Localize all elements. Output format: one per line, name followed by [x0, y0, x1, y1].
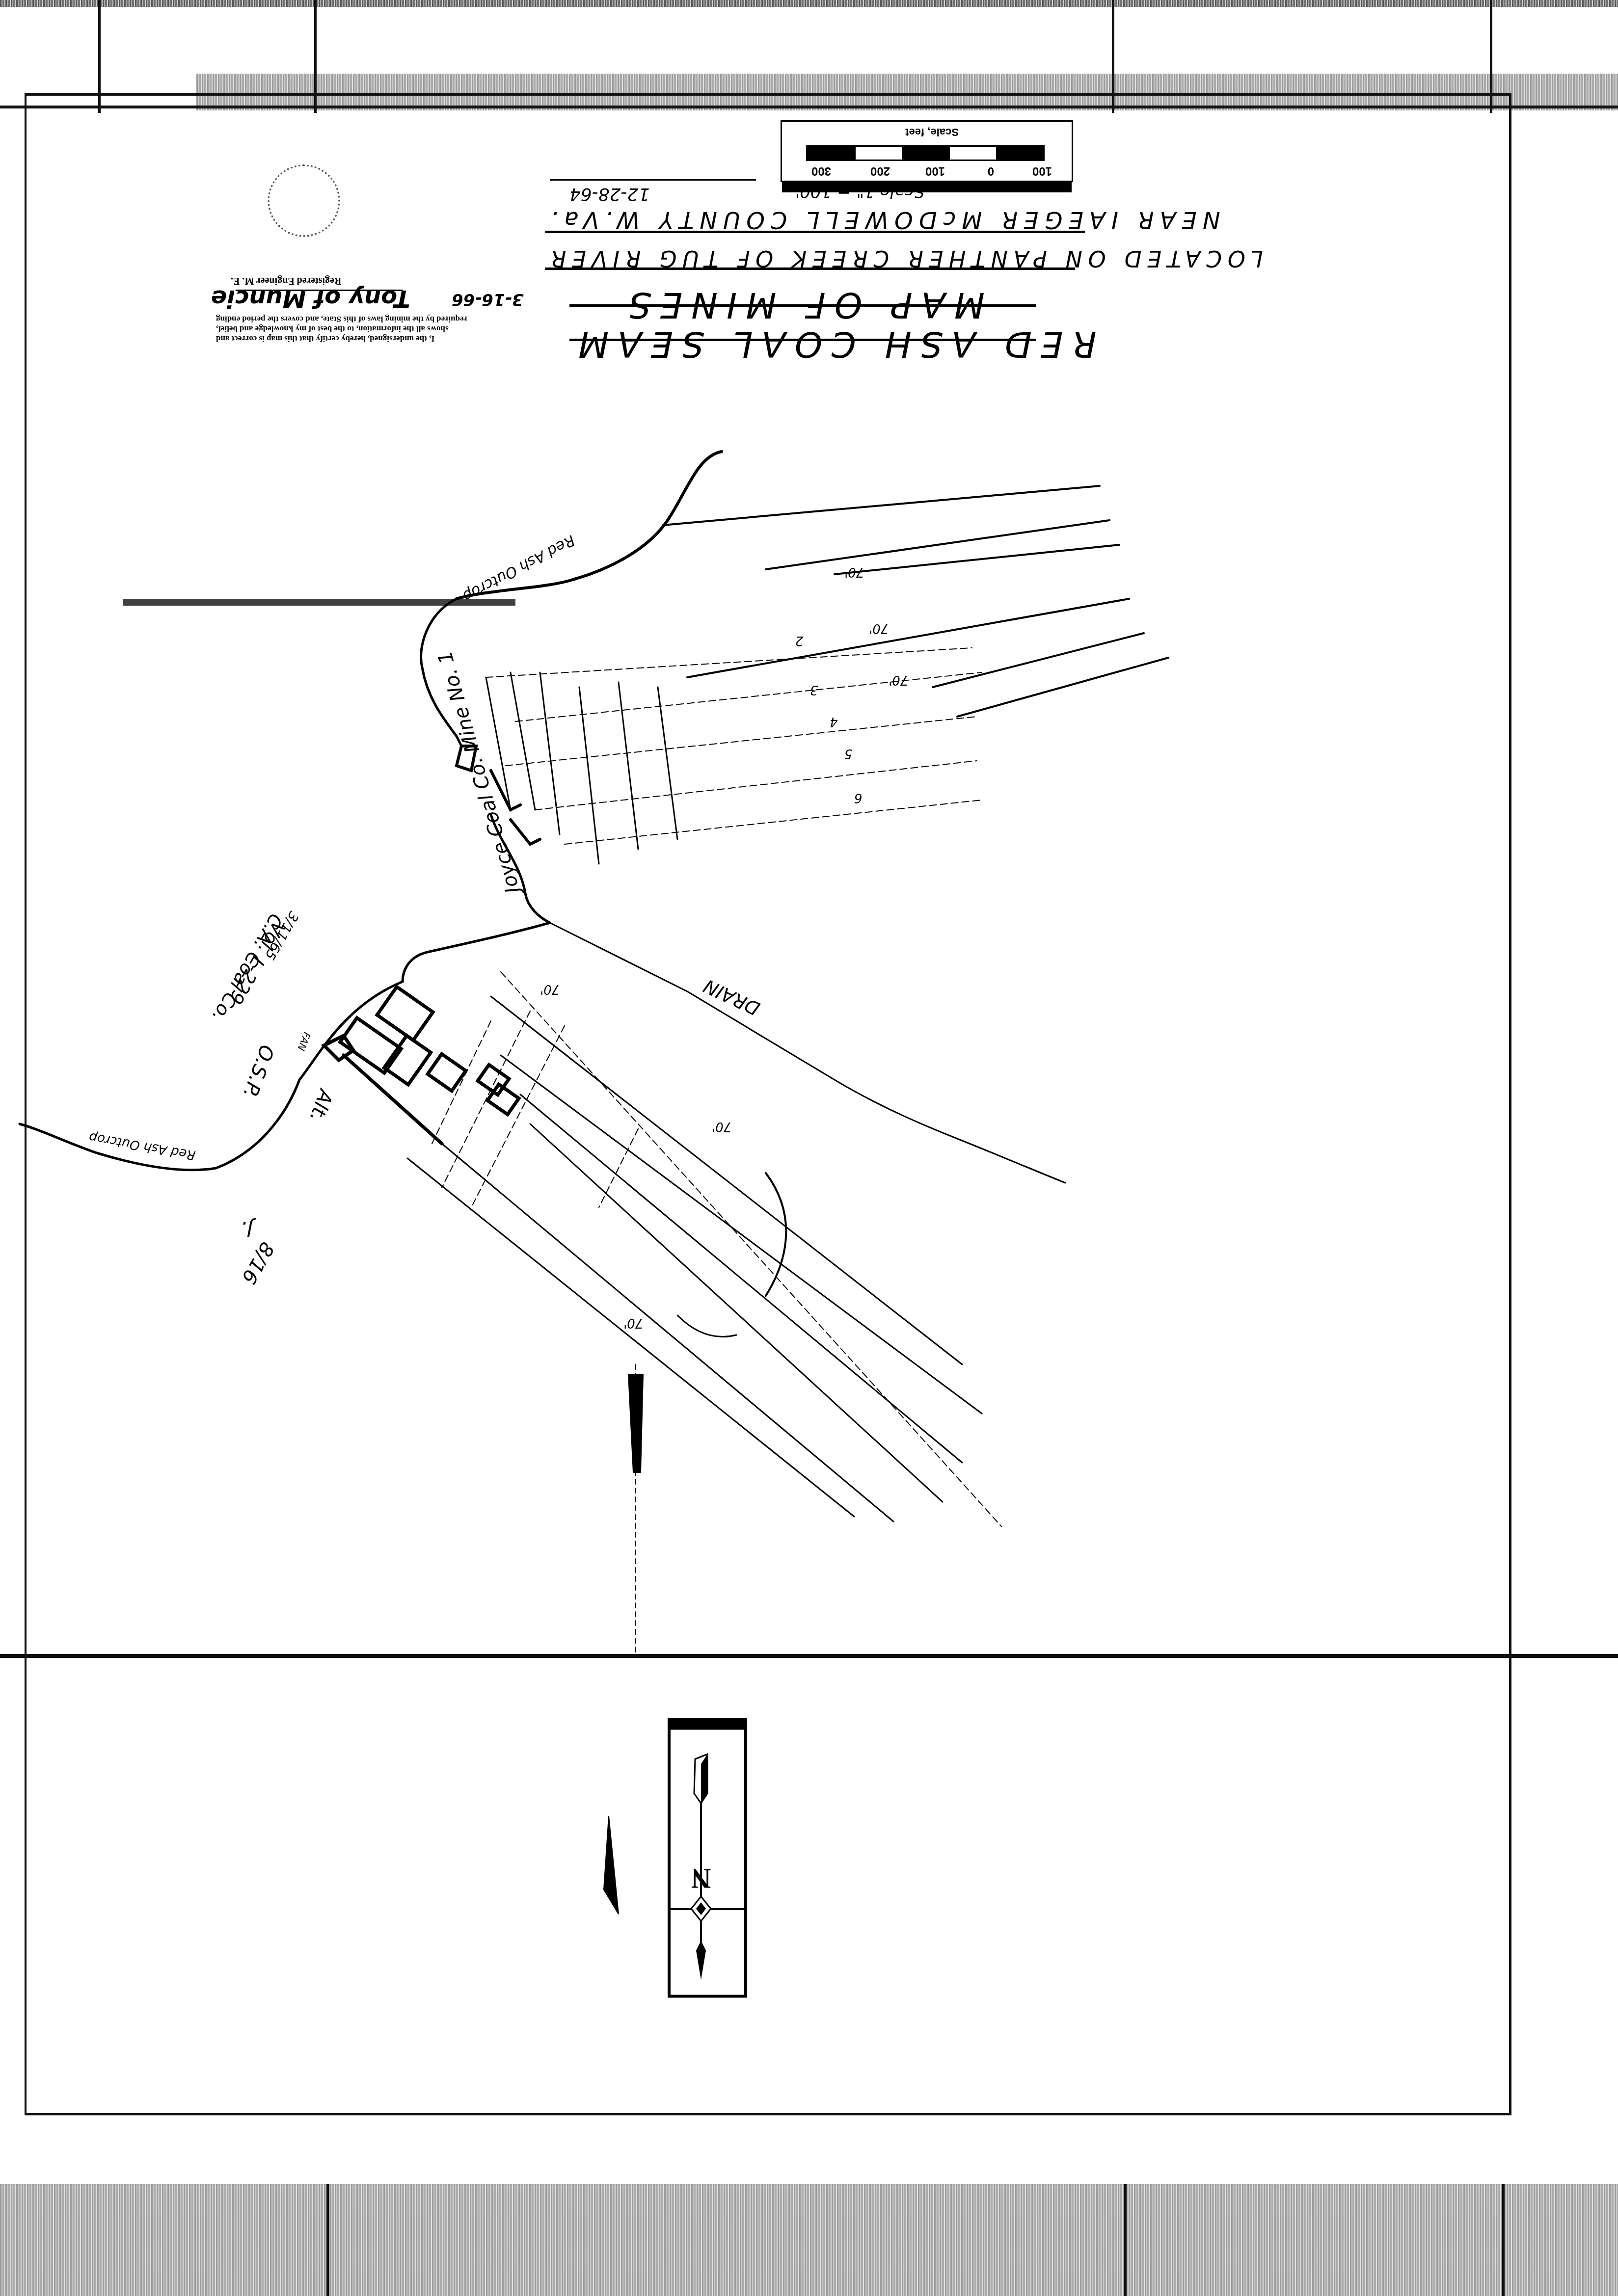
pillar-spacing: 70'	[712, 1119, 731, 1134]
entry-number: 6	[854, 790, 863, 805]
mine-workings-drawing	[0, 0, 1618, 2296]
entry-number: 3	[810, 682, 818, 697]
label-initials: J.	[241, 1217, 253, 1240]
pillar-spacing: 70'	[844, 564, 864, 579]
entry-number: 4	[830, 714, 838, 729]
pillar-spacing: 70'	[889, 672, 908, 687]
entry-number: 5	[844, 746, 853, 761]
north-label: N	[691, 1862, 711, 1894]
pillar-spacing: 70'	[540, 982, 560, 996]
map-sheet: Scale, feet 100 0 100 200 300 Scale 1" =…	[0, 0, 1618, 2296]
north-arrow: N	[668, 1718, 747, 1998]
pillar-spacing: 70'	[623, 1315, 643, 1330]
entry-number: 2	[795, 633, 804, 648]
pillar-spacing: 70'	[869, 621, 889, 636]
